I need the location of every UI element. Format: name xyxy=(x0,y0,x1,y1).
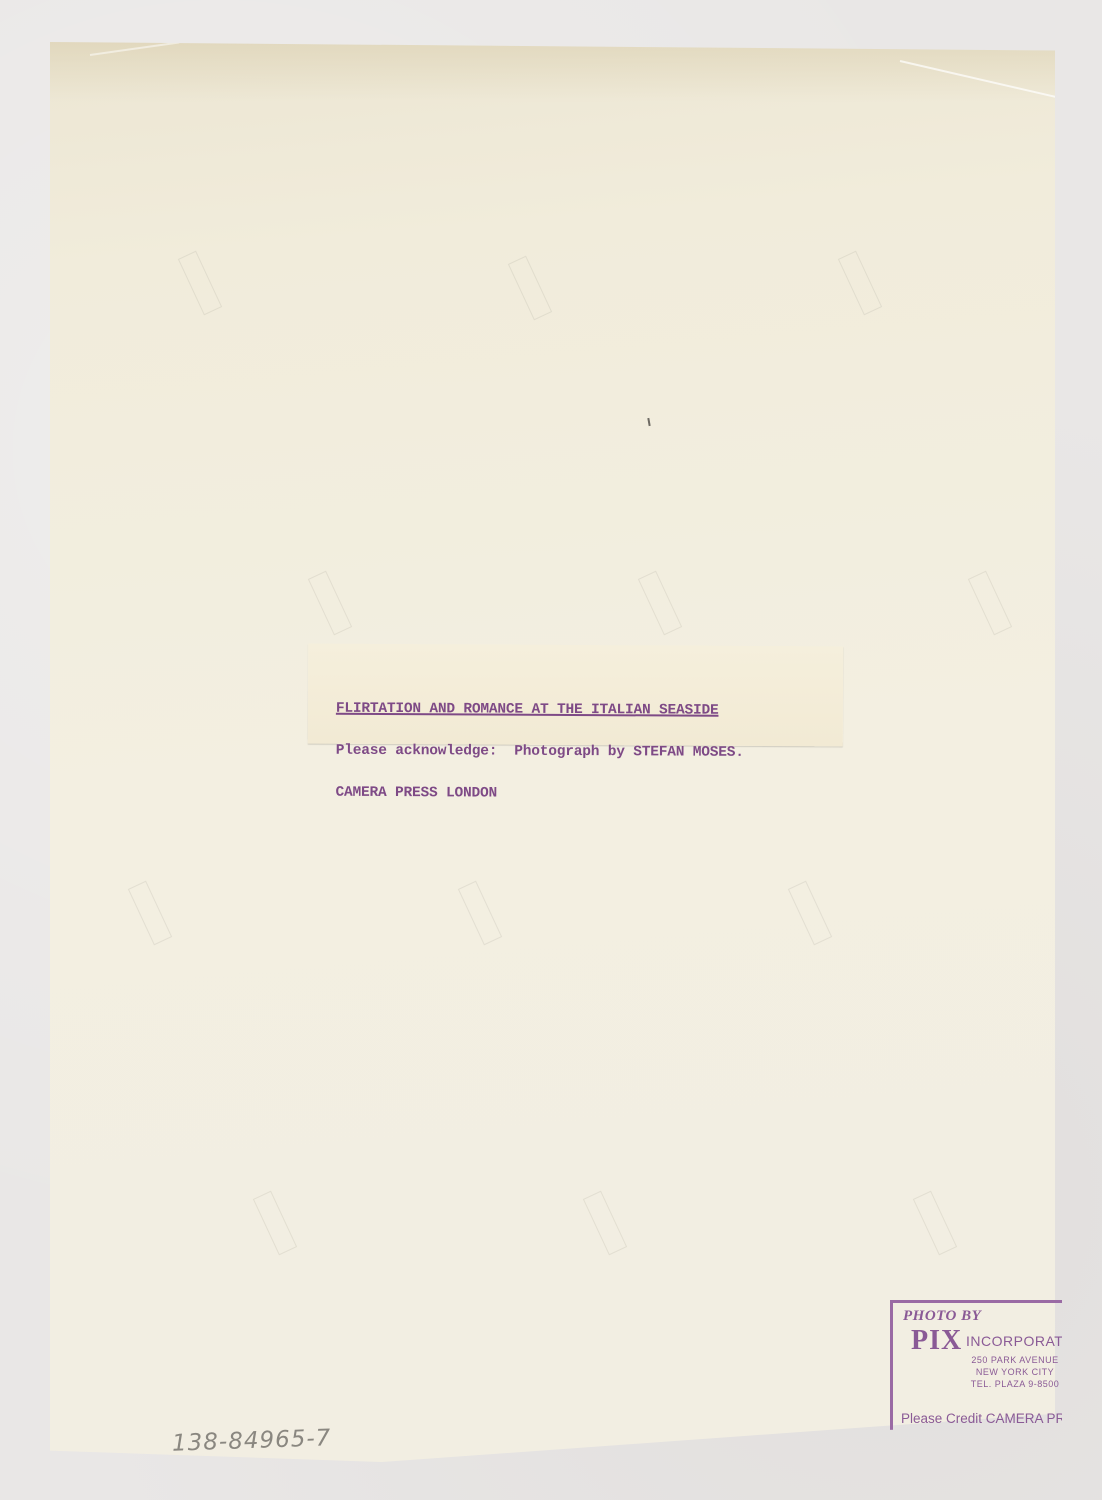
paper-crease xyxy=(900,60,1056,98)
stamp-licensee: A LICENSEE xyxy=(913,1433,966,1438)
faint-watermark-stamp xyxy=(968,571,1012,636)
faint-watermark-stamp xyxy=(253,1191,297,1256)
ink-speck xyxy=(647,418,650,426)
paper-crease xyxy=(90,41,179,56)
faint-watermark-stamp xyxy=(638,571,682,636)
faint-watermark-stamp xyxy=(583,1191,627,1256)
handwritten-inventory-number: 138-84965-7 xyxy=(172,1425,332,1457)
faint-watermark-stamp xyxy=(308,571,352,636)
caption-label: FLIRTATION AND ROMANCE AT THE ITALIAN SE… xyxy=(308,644,844,747)
faint-watermark-stamp xyxy=(788,881,832,946)
caption-text: FLIRTATION AND ROMANCE AT THE ITALIAN SE… xyxy=(335,674,744,830)
faint-watermark-stamp xyxy=(913,1191,957,1256)
faint-watermark-stamp xyxy=(838,251,882,316)
caption-title: FLIRTATION AND ROMANCE AT THE ITALIAN SE… xyxy=(336,702,744,718)
caption-acknowledge: Please acknowledge: Photograph by STEFAN… xyxy=(336,744,744,760)
faint-watermark-stamp xyxy=(178,251,222,316)
faint-watermark-stamp xyxy=(128,881,172,946)
faint-watermark-stamp xyxy=(508,256,552,321)
faint-watermark-stamp xyxy=(458,881,502,946)
caption-agency: CAMERA PRESS LONDON xyxy=(335,786,743,802)
